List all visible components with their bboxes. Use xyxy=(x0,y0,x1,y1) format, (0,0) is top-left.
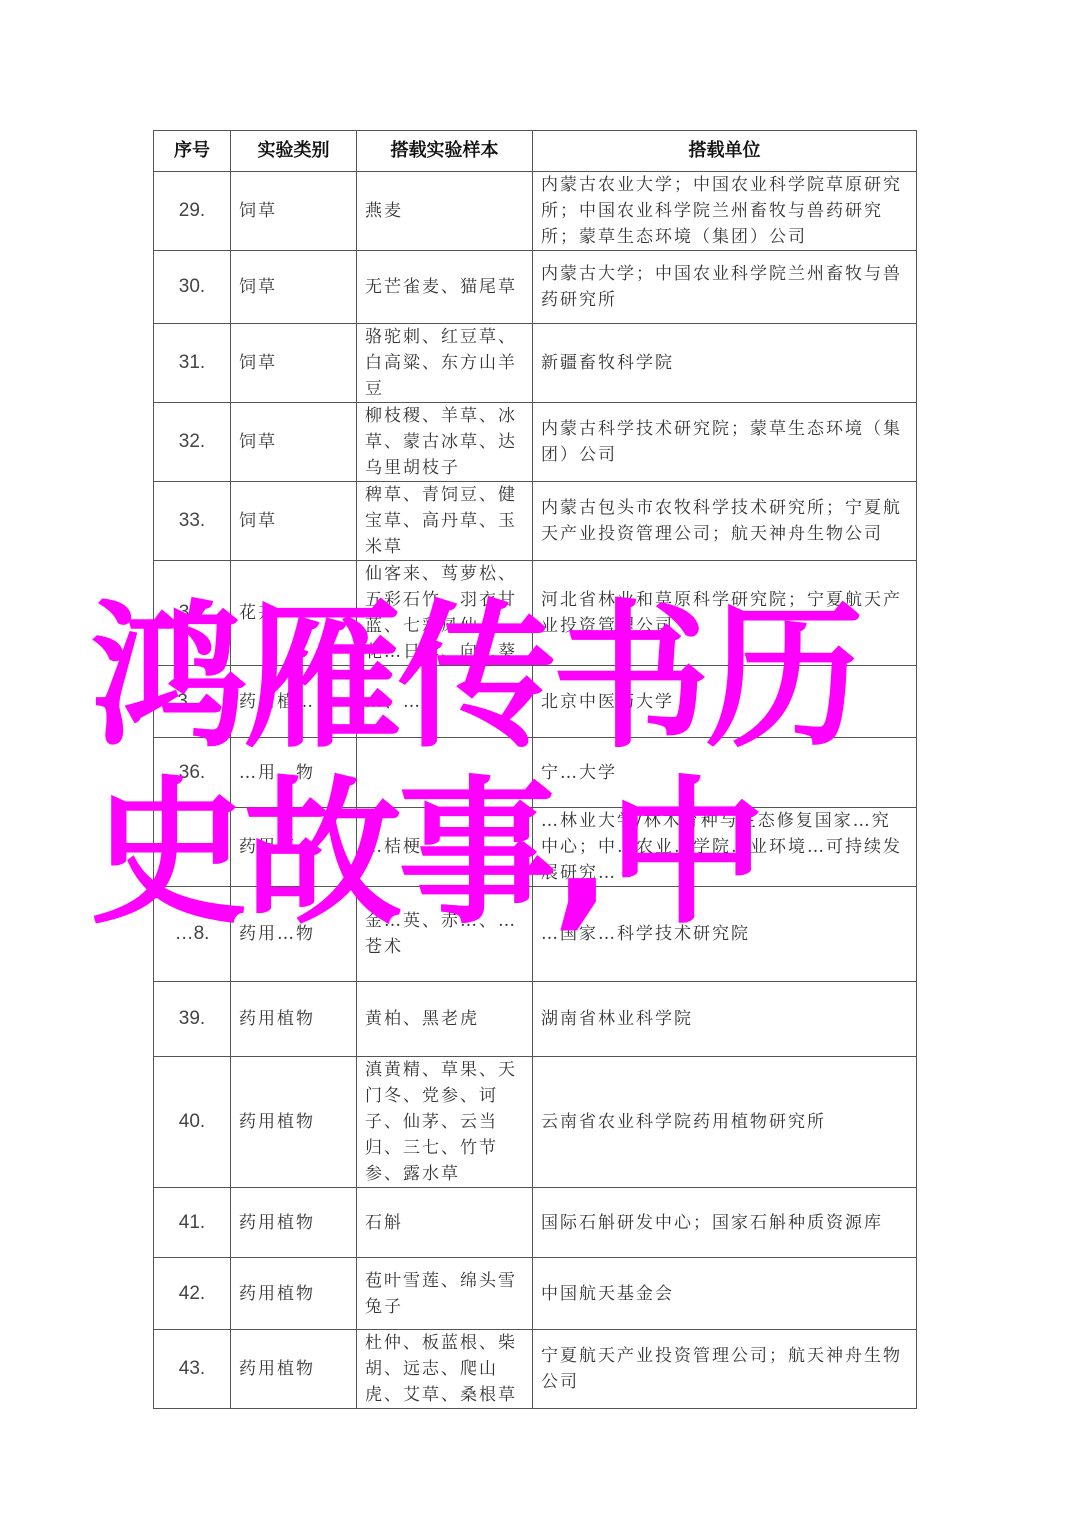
table-row: 32.饲草柳枝稷、羊草、冰草、蒙古冰草、达乌里胡枝子内蒙古科学技术研究院；蒙草生… xyxy=(154,403,917,482)
row-units: 湖南省林业科学院 xyxy=(533,982,917,1057)
table-row: 31.饲草骆驼刺、红豆草、白高粱、东方山羊豆新疆畜牧科学院 xyxy=(154,324,917,403)
table-row: 3…药用植……、…北京中医药大学 xyxy=(154,666,917,738)
table-row: 39.药用植物黄柏、黑老虎湖南省林业科学院 xyxy=(154,982,917,1057)
row-category: 药用…物 xyxy=(231,887,357,982)
row-samples xyxy=(357,738,533,808)
row-samples: 燕麦 xyxy=(357,172,533,251)
table-row: 33.饲草稗草、青饲豆、健宝草、高丹草、玉米草内蒙古包头市农牧科学技术研究所；宁… xyxy=(154,482,917,561)
row-units: 云南省农业科学院药用植物研究所 xyxy=(533,1057,917,1188)
row-number: 43. xyxy=(154,1330,231,1409)
table-row: 36.…用…物宁…大学 xyxy=(154,738,917,808)
row-number: 32. xyxy=(154,403,231,482)
row-samples: 苞叶雪莲、绵头雪兔子 xyxy=(357,1258,533,1330)
row-units: 宁…大学 xyxy=(533,738,917,808)
table-row: …药用植……桔梗…林业大学/林木育种与生态修复国家…究中心；中…农业…学院…业环… xyxy=(154,808,917,887)
row-samples: 杜仲、板蓝根、柴胡、远志、爬山虎、艾草、桑根草 xyxy=(357,1330,533,1409)
row-units: 内蒙古科学技术研究院；蒙草生态环境（集团）公司 xyxy=(533,403,917,482)
row-samples: 石斛 xyxy=(357,1188,533,1258)
row-category: 药用植… xyxy=(231,808,357,887)
row-category: 药用植… xyxy=(231,666,357,738)
row-category: 饲草 xyxy=(231,251,357,324)
row-number: 30. xyxy=(154,251,231,324)
row-samples: …、… xyxy=(357,666,533,738)
row-units: 中国航天基金会 xyxy=(533,1258,917,1330)
row-units: 内蒙古包头市农牧科学技术研究所；宁夏航天产业投资管理公司；航天神舟生物公司 xyxy=(533,482,917,561)
row-category: 饲草 xyxy=(231,324,357,403)
row-category: 花卉 xyxy=(231,561,357,666)
row-category: 药用植物 xyxy=(231,1330,357,1409)
row-number: 40. xyxy=(154,1057,231,1188)
row-category: 饲草 xyxy=(231,482,357,561)
row-number: 3… xyxy=(154,666,231,738)
row-samples: 稗草、青饲豆、健宝草、高丹草、玉米草 xyxy=(357,482,533,561)
header-category: 实验类别 xyxy=(231,131,357,172)
row-category: 药用植物 xyxy=(231,982,357,1057)
row-units: 河北省林业和草原科学研究院；宁夏航天产业投资管理公司 xyxy=(533,561,917,666)
table-row: 41.药用植物石斛国际石斛研发中心；国家石斛种质资源库 xyxy=(154,1188,917,1258)
table-row: 34.花卉仙客来、茑萝松、五彩石竹、羽衣甘蓝、七彩凤仙、花…日草、向…葵河北省林… xyxy=(154,561,917,666)
table-row: 40.药用植物滇黄精、草果、天门冬、党参、诃子、仙茅、云当归、三七、竹节参、露水… xyxy=(154,1057,917,1188)
row-units: 新疆畜牧科学院 xyxy=(533,324,917,403)
table-row: 42.药用植物苞叶雪莲、绵头雪兔子中国航天基金会 xyxy=(154,1258,917,1330)
row-units: 宁夏航天产业投资管理公司；航天神舟生物公司 xyxy=(533,1330,917,1409)
table-row: 43.药用植物杜仲、板蓝根、柴胡、远志、爬山虎、艾草、桑根草宁夏航天产业投资管理… xyxy=(154,1330,917,1409)
row-number: 41. xyxy=(154,1188,231,1258)
row-category: 药用植物 xyxy=(231,1258,357,1330)
row-number: 29. xyxy=(154,172,231,251)
row-category: 药用植物 xyxy=(231,1057,357,1188)
row-units: 内蒙古大学；中国农业科学院兰州畜牧与兽药研究所 xyxy=(533,251,917,324)
payload-experiment-table: 序号 实验类别 搭载实验样本 搭载单位 29.饲草燕麦内蒙古农业大学；中国农业科… xyxy=(153,130,917,1409)
row-samples: …桔梗 xyxy=(357,808,533,887)
row-category: 药用植物 xyxy=(231,1188,357,1258)
row-category: …用…物 xyxy=(231,738,357,808)
row-number: 42. xyxy=(154,1258,231,1330)
row-number: …8. xyxy=(154,887,231,982)
row-units: 北京中医药大学 xyxy=(533,666,917,738)
table-row: 29.饲草燕麦内蒙古农业大学；中国农业科学院草原研究所；中国农业科学院兰州畜牧与… xyxy=(154,172,917,251)
table-row: 30.饲草无芒雀麦、猫尾草内蒙古大学；中国农业科学院兰州畜牧与兽药研究所 xyxy=(154,251,917,324)
header-number: 序号 xyxy=(154,131,231,172)
row-number: 36. xyxy=(154,738,231,808)
row-number: 31. xyxy=(154,324,231,403)
table-header-row: 序号 实验类别 搭载实验样本 搭载单位 xyxy=(154,131,917,172)
row-samples: 滇黄精、草果、天门冬、党参、诃子、仙茅、云当归、三七、竹节参、露水草 xyxy=(357,1057,533,1188)
row-number: 34. xyxy=(154,561,231,666)
row-samples: 黄柏、黑老虎 xyxy=(357,982,533,1057)
row-number: … xyxy=(154,808,231,887)
row-samples: 骆驼刺、红豆草、白高粱、东方山羊豆 xyxy=(357,324,533,403)
table-body: 29.饲草燕麦内蒙古农业大学；中国农业科学院草原研究所；中国农业科学院兰州畜牧与… xyxy=(154,172,917,1409)
row-samples: 仙客来、茑萝松、五彩石竹、羽衣甘蓝、七彩凤仙、花…日草、向…葵 xyxy=(357,561,533,666)
row-number: 33. xyxy=(154,482,231,561)
row-units: …林业大学/林木育种与生态修复国家…究中心；中…农业…学院…业环境…可持续发展研… xyxy=(533,808,917,887)
row-units: 国际石斛研发中心；国家石斛种质资源库 xyxy=(533,1188,917,1258)
row-samples: 金…英、赤…、…苍术 xyxy=(357,887,533,982)
row-samples: 柳枝稷、羊草、冰草、蒙古冰草、达乌里胡枝子 xyxy=(357,403,533,482)
row-category: 饲草 xyxy=(231,403,357,482)
table-row: …8.药用…物金…英、赤…、…苍术…国家…科学技术研究院 xyxy=(154,887,917,982)
row-number: 39. xyxy=(154,982,231,1057)
row-units: …国家…科学技术研究院 xyxy=(533,887,917,982)
row-category: 饲草 xyxy=(231,172,357,251)
row-units: 内蒙古农业大学；中国农业科学院草原研究所；中国农业科学院兰州畜牧与兽药研究所；蒙… xyxy=(533,172,917,251)
row-samples: 无芒雀麦、猫尾草 xyxy=(357,251,533,324)
header-units: 搭载单位 xyxy=(533,131,917,172)
header-samples: 搭载实验样本 xyxy=(357,131,533,172)
